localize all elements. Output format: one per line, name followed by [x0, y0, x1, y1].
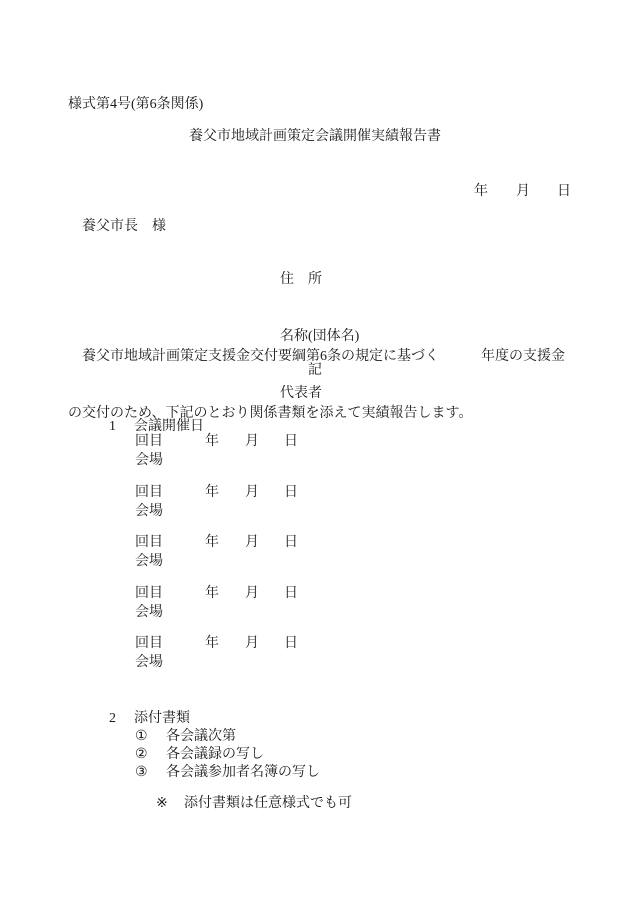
addressee-line: 養父市長様 — [68, 198, 166, 255]
month-label: 月 — [245, 634, 284, 653]
day-label: 日 — [284, 584, 298, 603]
venue-label: 会場 — [135, 653, 298, 672]
meeting-date-row: 回目年月日 — [135, 533, 298, 552]
month-label: 月 — [516, 182, 557, 201]
note-marker: ※ — [156, 794, 184, 813]
day-label: 日 — [284, 533, 298, 552]
meeting-entry: 回目年月日 会場 — [135, 483, 298, 521]
year-label: 年 — [205, 634, 245, 653]
year-label: 年 — [205, 432, 245, 451]
document-page: 様式第4号(第6条関係) 養父市地域計画策定会議開催実績報告書 年月日 養父市長… — [0, 0, 630, 903]
record-marker: 記 — [0, 361, 630, 380]
meeting-date-row: 回目年月日 — [135, 634, 298, 653]
document-title: 養父市地域計画策定会議開催実績報告書 — [0, 127, 630, 146]
meeting-entry: 回目年月日 会場 — [135, 584, 298, 622]
month-label: 月 — [245, 432, 284, 451]
venue-label: 会場 — [135, 603, 298, 622]
round-label: 回目 — [135, 533, 205, 552]
day-label: 日 — [284, 432, 298, 451]
day-label: 日 — [284, 483, 298, 502]
section-number: 1 — [109, 417, 134, 436]
meeting-entry: 回目年月日 会場 — [135, 432, 298, 470]
meeting-date-row: 回目年月日 — [135, 432, 298, 451]
form-number: 様式第4号(第6条関係) — [68, 95, 203, 114]
month-label: 月 — [245, 533, 284, 552]
day-label: 日 — [557, 182, 571, 201]
round-label: 回目 — [135, 584, 205, 603]
venue-label: 会場 — [135, 552, 298, 571]
round-label: 回目 — [135, 483, 205, 502]
day-label: 日 — [284, 634, 298, 653]
year-label: 年 — [205, 584, 245, 603]
round-label: 回目 — [135, 634, 205, 653]
meeting-entry: 回目年月日 会場 — [135, 533, 298, 571]
note-text: 添付書類は任意様式でも可 — [184, 796, 352, 811]
report-date-line: 年月日 — [460, 163, 571, 220]
meeting-entry: 回目年月日 会場 — [135, 634, 298, 672]
meeting-date-row: 回目年月日 — [135, 483, 298, 502]
venue-label: 会場 — [135, 451, 298, 470]
year-label: 年 — [474, 182, 516, 201]
venue-label: 会場 — [135, 502, 298, 521]
month-label: 月 — [245, 584, 284, 603]
month-label: 月 — [245, 483, 284, 502]
year-label: 年 — [205, 483, 245, 502]
address-label: 住 所 — [280, 270, 359, 289]
addressee-honorific: 様 — [152, 219, 166, 234]
year-label: 年 — [205, 533, 245, 552]
attachment-note: ※添付書類は任意様式でも可 — [142, 775, 352, 832]
addressee-name: 養父市長 — [82, 219, 138, 234]
round-label: 回目 — [135, 432, 205, 451]
meeting-date-row: 回目年月日 — [135, 584, 298, 603]
